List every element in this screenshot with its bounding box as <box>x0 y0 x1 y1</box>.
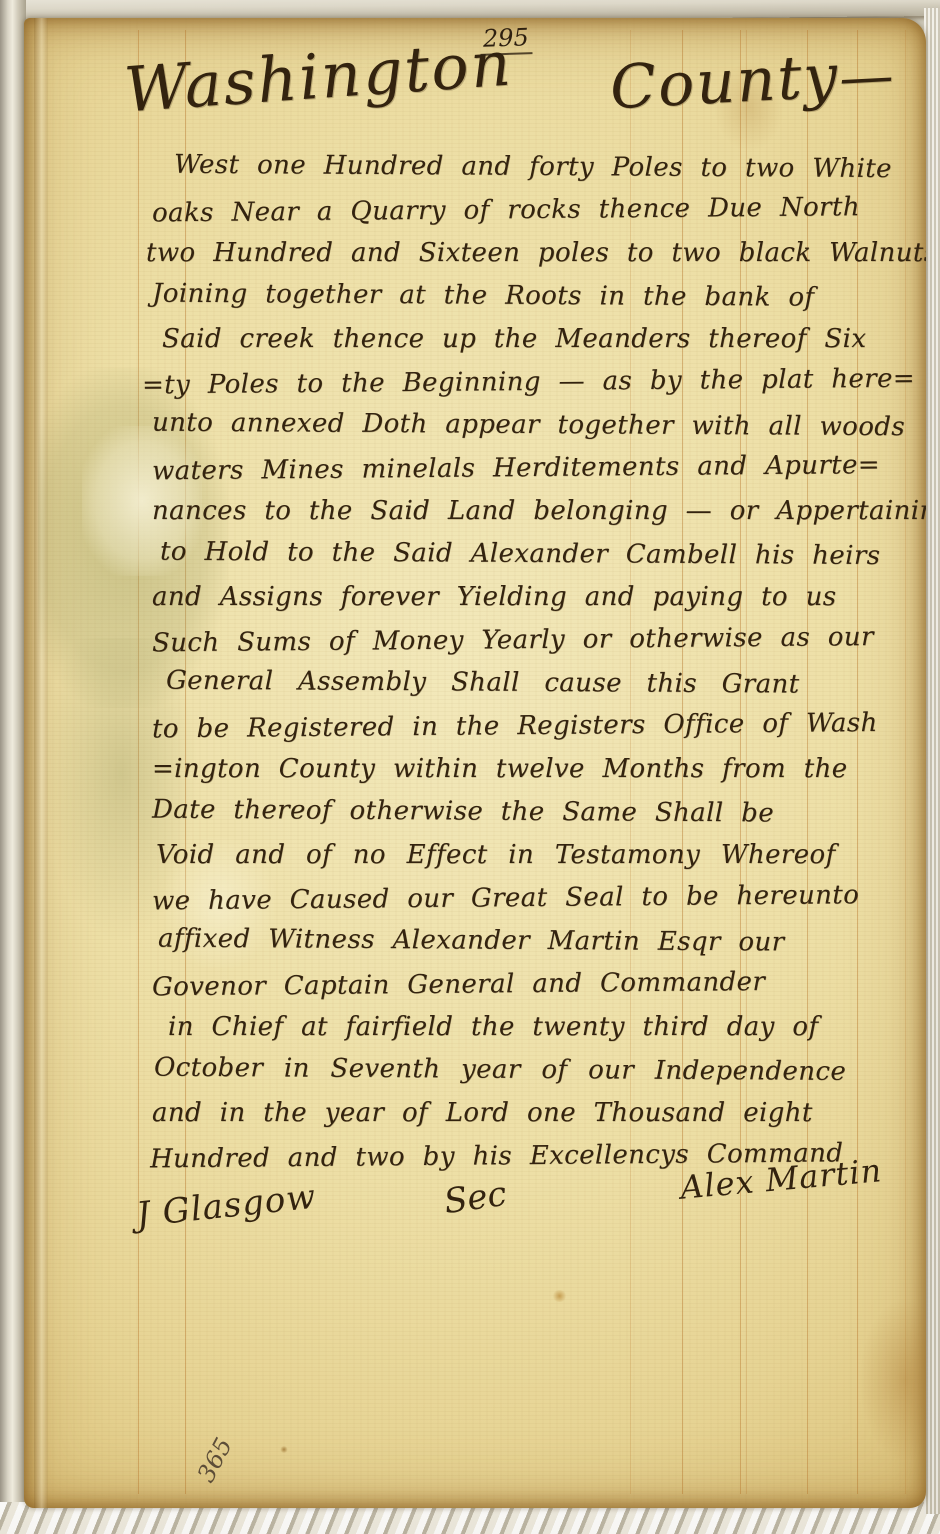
manuscript-line: oaks Near a Quarry of rocks thence Due N… <box>152 186 924 236</box>
scanned-ledger-photo: Washington 295 County— West one Hundred … <box>0 0 940 1534</box>
manuscript-line: =ty Poles to the Beginning — as by the p… <box>142 358 924 408</box>
foxing-stain <box>860 1300 926 1460</box>
manuscript-line: nances to the Said Land belonging — or A… <box>152 490 924 533</box>
manuscript-line: October in Seventh year of our Independe… <box>154 1047 924 1095</box>
deed-text-block: West one Hundred and forty Poles to two … <box>152 146 924 1178</box>
manuscript-line: to Hold to the Said Alexander Cambell hi… <box>160 531 924 579</box>
county-title-left: Washington <box>122 27 515 127</box>
page-number: 295 <box>479 23 532 56</box>
manuscript-line: Govenor Captain General and Commander <box>152 960 924 1010</box>
pen-flourish: — <box>838 44 889 109</box>
page-stack-edge-right <box>924 8 940 1514</box>
archival-margin-number: 365 <box>192 1433 238 1487</box>
manuscript-line: Date thereof otherwise the Same Shall be <box>152 789 924 837</box>
ink-spot <box>280 1446 288 1453</box>
manuscript-line: =ington County within twelve Months from… <box>152 748 924 791</box>
ink-spot <box>552 1290 567 1302</box>
manuscript-line: affixed Witness Alexander Martin Esqr ou… <box>158 918 924 966</box>
manuscript-line: Void and of no Effect in Testamony Where… <box>156 834 924 877</box>
manuscript-line: in Chief at fairfield the twenty third d… <box>168 1006 924 1049</box>
margin-rule-line <box>138 30 139 1494</box>
manuscript-line: we have Caused our Great Seal to be here… <box>152 874 924 924</box>
manuscript-line: and Assigns forever Yielding and paying … <box>152 576 924 619</box>
book-binding-edge <box>0 0 26 1534</box>
manuscript-line: General Assembly Shall cause this Grant <box>166 660 924 708</box>
page-crease <box>34 18 48 1508</box>
manuscript-line: Joining together at the Roots in the ban… <box>152 273 924 321</box>
manuscript-line: Said creek thence up the Meanders thereo… <box>162 318 924 361</box>
manuscript-line: and in the year of Lord one Thousand eig… <box>152 1092 924 1135</box>
secretary-signature: J Glasgow <box>134 1177 318 1236</box>
manuscript-line: to be Registered in the Registers Office… <box>152 702 924 752</box>
county-title-right: County— <box>608 39 889 123</box>
manuscript-line: West one Hundred and forty Poles to two … <box>174 144 924 192</box>
manuscript-line: waters Mines minelals Herditements and A… <box>152 444 924 494</box>
manuscript-line: two Hundred and Sixteen poles to two bla… <box>146 232 924 275</box>
manuscript-line: Such Sums of Money Yearly or otherwise a… <box>152 616 924 666</box>
manuscript-line: unto annexed Doth appear together with a… <box>152 402 924 450</box>
ledger-page: Washington 295 County— West one Hundred … <box>24 18 926 1508</box>
secretary-title: Sec <box>442 1174 509 1222</box>
